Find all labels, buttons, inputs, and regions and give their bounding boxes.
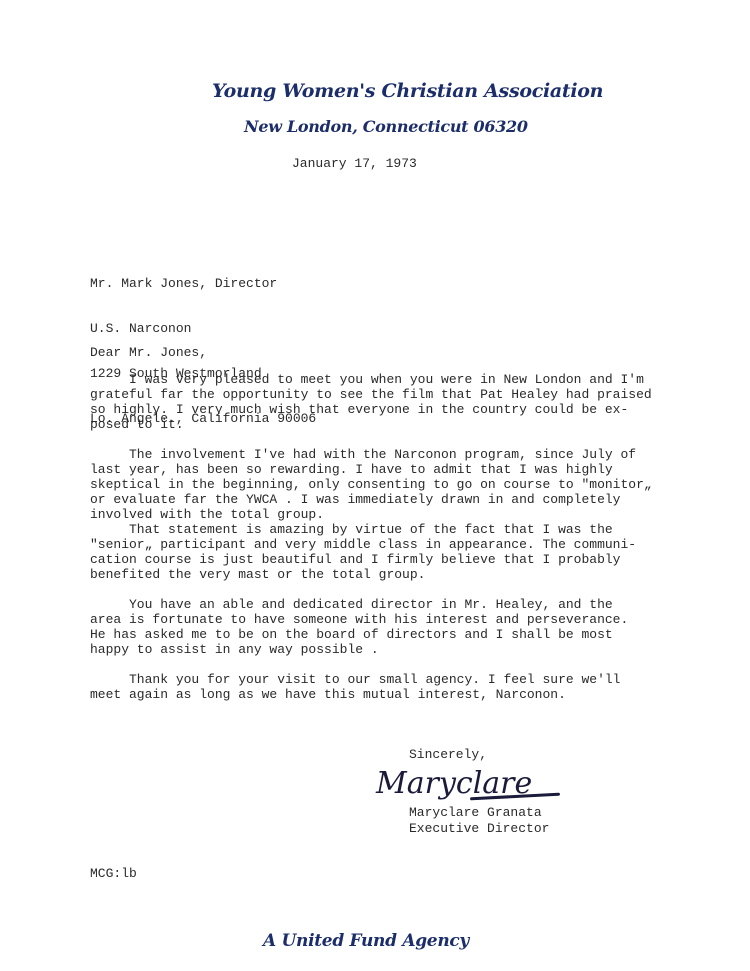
footer-tagline: A United Fund Agency	[263, 931, 469, 951]
body-line: skeptical in the beginning, only consent…	[90, 477, 652, 492]
body-paragraph: That statement is amazing by virtue of t…	[90, 522, 636, 582]
letterhead-organization: Young Women's Christian Association	[212, 80, 603, 102]
recipient-line: U.S. Narconon	[90, 321, 316, 336]
body-line: last year, has been so rewarding. I have…	[90, 462, 652, 477]
body-line: happy to assist in any way possible .	[90, 642, 628, 657]
salutation: Dear Mr. Jones,	[90, 345, 207, 360]
letterhead-address: New London, Connecticut 06320	[244, 117, 528, 136]
body-line: involved with the total group.	[90, 507, 652, 522]
closing: Sincerely,	[409, 747, 487, 762]
body-line: or evaluate far the YWCA . I was immedia…	[90, 492, 652, 507]
body-line: That statement is amazing by virtue of t…	[90, 522, 636, 537]
body-line: benefited the very mast or the total gro…	[90, 567, 636, 582]
body-paragraph: You have an able and dedicated director …	[90, 597, 628, 657]
signer-title: Executive Director	[409, 821, 549, 836]
body-line: I was very pleased to meet you when you …	[90, 372, 652, 387]
body-paragraph: The involvement I've had with the Narcon…	[90, 447, 652, 522]
body-line: The involvement I've had with the Narcon…	[90, 447, 652, 462]
body-line: area is fortunate to have someone with h…	[90, 612, 628, 627]
body-line: Thank you for your visit to our small ag…	[90, 672, 621, 687]
body-line: He has asked me to be on the board of di…	[90, 627, 628, 642]
letter-date: January 17, 1973	[292, 156, 417, 171]
reference-initials: MCG:lb	[90, 866, 137, 881]
letter-page: Young Women's Christian Association New …	[0, 0, 750, 971]
body-line: so highly. I very much wish that everyon…	[90, 402, 652, 417]
recipient-line: Mr. Mark Jones, Director	[90, 276, 316, 291]
body-line: grateful far the opportunity to see the …	[90, 387, 652, 402]
body-line: cation course is just beautiful and I fi…	[90, 552, 636, 567]
signer-name: Maryclare Granata	[409, 805, 542, 820]
body-paragraph: Thank you for your visit to our small ag…	[90, 672, 621, 702]
body-line: You have an able and dedicated director …	[90, 597, 628, 612]
body-line: posed to it.	[90, 417, 652, 432]
body-paragraph: I was very pleased to meet you when you …	[90, 372, 652, 432]
body-line: "senior„ participant and very middle cla…	[90, 537, 636, 552]
body-line: meet again as long as we have this mutua…	[90, 687, 621, 702]
